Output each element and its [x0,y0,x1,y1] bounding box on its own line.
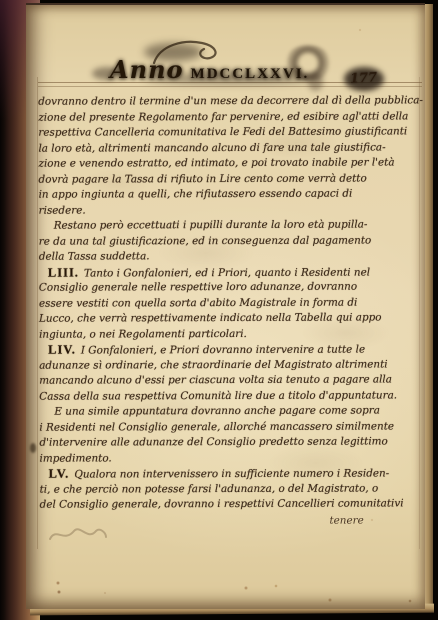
book-photo: AnnoMDCCLXXVI. 177 dovranno dentro il te… [0,0,438,620]
text-line: ingiunta, o nei Regolamenti particolari. [39,326,421,343]
paragraph: E una simile appuntatura dovranno anche … [39,403,421,466]
text-line: Lucco, che verrà respettivamente indicat… [39,310,421,327]
text-line: essere vestiti con quella sorta d'abito … [39,295,421,312]
paragraph: dovranno dentro il termine d'un mese da … [38,93,420,218]
text-line: Consiglio generale nelle respettive loro… [39,279,421,296]
text-line: zione e venendo estratto, ed intimato, e… [38,155,420,172]
text-line: risedere. [39,202,421,219]
paragraph: Restano però eccettuati i pupilli durant… [39,217,421,265]
text-line: LIII.Tanto i Gonfalonieri, ed i Priori, … [39,264,421,281]
text-line: impedimento. [39,450,421,467]
text-line: LIV.I Gonfalonieri, e Priori dovranno in… [39,341,421,358]
text-line: Cassa della sua respettiva Comunità lire… [39,388,421,405]
text-line: zione del presente Regolamento far perve… [38,109,420,126]
text-line-rest: I Gonfalonieri, e Priori dovranno interv… [81,344,365,357]
text-line: i Residenti nel Consiglio generale, allo… [39,419,421,436]
text-line: respettiva Cancelleria comunitativa le F… [38,124,420,141]
text-line: re da una tal giustificazione, ed in con… [39,233,421,250]
text-line: d'intervenire alle adunanze del Consigli… [39,434,421,451]
text-line: la loro età, altrimenti mancando alcuno … [38,140,420,157]
text-line: E una simile appuntatura dovranno anche … [39,403,421,420]
text-line: ti, e che perciò non potesse farsi l'adu… [40,481,422,498]
section-number: LIII. [48,265,79,279]
paragraph: LIII.Tanto i Gonfalonieri, ed i Priori, … [39,264,421,343]
paragraph: LV.Qualora non intervenissero in suffici… [40,465,422,513]
paragraph: LIV.I Gonfalonieri, e Priori dovranno in… [39,341,421,404]
roman-year: MDCCLXXVI. [191,66,310,82]
header-rule-bottom [38,86,422,87]
text-line: dovrà pagare la Tassa di rifiuto in Lire… [39,171,421,188]
ghost-flourish-icon [46,523,110,547]
body-text: dovranno dentro il termine d'un mese da … [38,93,422,529]
text-line-rest: Qualora non intervenissero in sufficient… [74,467,389,480]
text-line: mancando alcuno d'essi per ciascuna volt… [39,372,421,389]
section-number: LV. [49,467,70,481]
text-line: adunanze sì ordinarie, che straordinarie… [39,357,421,374]
section-number: LIV. [48,343,76,357]
text-line: in appo ingiunta a quelli, che rifiutass… [39,186,421,203]
page-number: 177 [350,70,378,86]
anno-label: Anno [110,55,184,84]
text-line: LV.Qualora non intervenissero in suffici… [40,465,422,482]
manuscript-page: AnnoMDCCLXXVI. 177 dovranno dentro il te… [26,3,425,609]
text-line: del Consiglio generale, dovranno i respe… [40,496,422,513]
text-line: dovranno dentro il termine d'un mese da … [38,93,420,110]
text-line-rest: Tanto i Gonfalonieri, ed i Priori, quant… [84,266,370,279]
page-header: AnnoMDCCLXXVI. [110,55,309,84]
text-line: della Tassa suddetta. [39,248,421,265]
margin-ink-mark [30,443,36,453]
text-line: Restano però eccettuati i pupilli durant… [39,217,421,234]
